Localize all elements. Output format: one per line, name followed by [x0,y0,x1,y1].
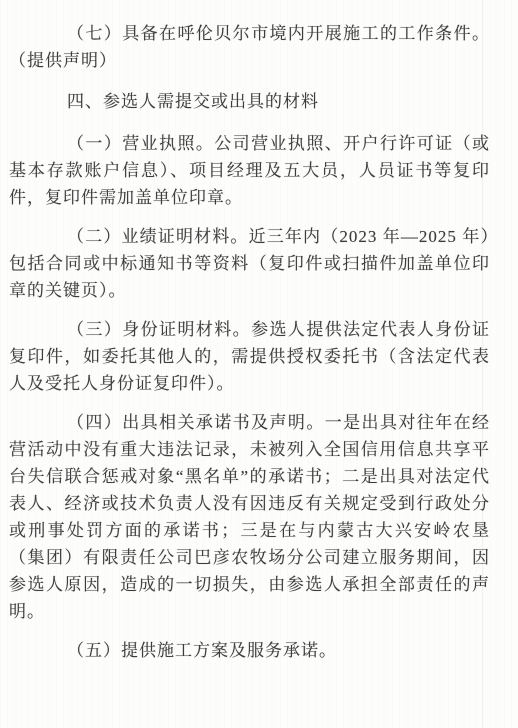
material-item-1: （一）营业执照。公司营业执照、开户行许可证（或基本存款账户信息）、项目经理及五大… [9,130,490,211]
clause-seven-text: （七）具备在呼伦贝尔市境内开展施工的工作条件。（提供声明） [9,20,490,74]
material-item-3: （三）身份证明材料。参选人提供法定代表人身份证复印件，如委托其他人的，需提供授权… [9,316,490,397]
material-item-2: （二）业绩证明材料。近三年内（2023 年—2025 年）包括合同或中标通知书等… [9,223,490,304]
material-item-4: （四）出具相关承诺书及声明。一是出具对往年在经营活动中没有重大违法记录，未被列入… [9,409,490,625]
document-page: （七）具备在呼伦贝尔市境内开展施工的工作条件。（提供声明） 四、参选人需提交或出… [0,0,518,728]
section-four-heading: 四、参选人需提交或出具的材料 [9,88,490,115]
material-item-5: （五）提供施工方案及服务承诺。 [9,637,490,664]
